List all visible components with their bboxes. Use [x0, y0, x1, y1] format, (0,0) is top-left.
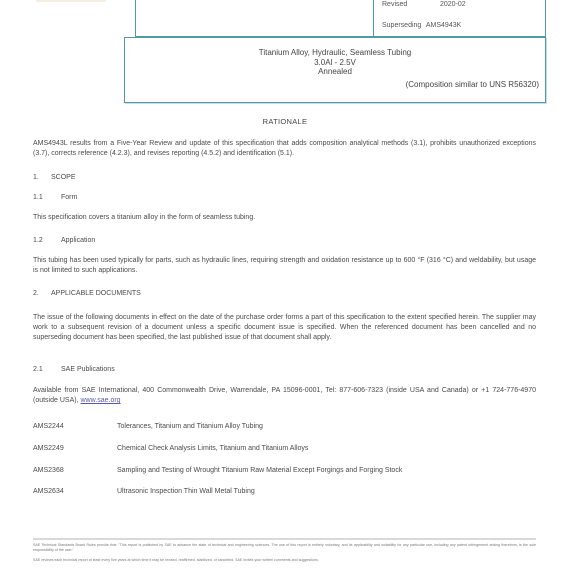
section-number: 1.2 — [33, 237, 61, 244]
section-title: Form — [61, 194, 77, 201]
document-title: Ultrasonic Inspection Thin Wall Metal Tu… — [117, 488, 255, 495]
header-left-cell — [136, 0, 374, 36]
superseding-value: AMS4943K — [426, 22, 461, 29]
title-box: Titanium Alloy, Hydraulic, Seamless Tubi… — [124, 37, 546, 103]
footer-disclaimer: SAE Technical Standards Board Rules prov… — [33, 543, 536, 552]
document-row: AMS2249Chemical Check Analysis Limits, T… — [33, 445, 308, 452]
sae-website-link[interactable]: www.sae.org — [80, 397, 120, 404]
superseding-row: Superseding AMS4943K — [382, 22, 461, 29]
sae-publications-text: Available from SAE International, 400 Co… — [33, 386, 536, 406]
document-title: Tolerances, Titanium and Titanium Alloy … — [117, 423, 263, 430]
rationale-heading: RATIONALE — [0, 117, 570, 126]
title-line-1: Titanium Alloy, Hydraulic, Seamless Tubi… — [125, 48, 545, 57]
revised-row: Revised 2020-02 — [382, 1, 466, 8]
sae-logo — [36, 0, 106, 2]
section-title: Application — [61, 237, 95, 244]
document-title: Sampling and Testing of Wrought Titanium… — [117, 467, 402, 474]
composition-note: (Composition similar to UNS R56320) — [406, 80, 539, 89]
application-text: This tubing has been used typically for … — [33, 256, 536, 276]
section-sae-publications-heading: 2.1SAE Publications — [33, 366, 115, 373]
document-row: AMS2368Sampling and Testing of Wrought T… — [33, 467, 402, 474]
section-title: SCOPE — [51, 174, 76, 181]
title-line-3: Annealed — [125, 67, 545, 76]
section-title: APPLICABLE DOCUMENTS — [51, 290, 141, 297]
document-id: AMS2244 — [33, 423, 117, 430]
section-form-heading: 1.1Form — [33, 194, 77, 201]
header-meta: Revised 2020-02 Superseding AMS4943K — [376, 0, 545, 36]
revised-label: Revised — [382, 1, 438, 8]
document-row: AMS2634Ultrasonic Inspection Thin Wall M… — [33, 488, 255, 495]
section-number: 1.1 — [33, 194, 61, 201]
document-page: Revised 2020-02 Superseding AMS4943K Tit… — [0, 0, 570, 570]
section-scope-heading: 1.SCOPE — [33, 174, 76, 181]
title-line-2: 3.0Al - 2.5V — [125, 58, 545, 67]
section-number: 1. — [33, 174, 51, 181]
superseding-label: Superseding — [382, 22, 421, 29]
section-title: SAE Publications — [61, 366, 115, 373]
form-text: This specification covers a titanium all… — [33, 213, 536, 223]
document-title: Chemical Check Analysis Limits, Titanium… — [117, 445, 308, 452]
section-number: 2. — [33, 290, 51, 297]
revised-value: 2020-02 — [440, 1, 466, 8]
footer-review-note: SAE reviews each technical report at lea… — [33, 558, 536, 563]
section-applicable-documents-heading: 2.APPLICABLE DOCUMENTS — [33, 290, 141, 297]
header-box: Revised 2020-02 Superseding AMS4943K — [135, 0, 546, 37]
document-row: AMS2244Tolerances, Titanium and Titanium… — [33, 423, 263, 430]
document-id: AMS2368 — [33, 467, 117, 474]
applicable-documents-text: The issue of the following documents in … — [33, 313, 536, 343]
document-id: AMS2249 — [33, 445, 117, 452]
document-id: AMS2634 — [33, 488, 117, 495]
footer-divider — [33, 538, 536, 540]
section-number: 2.1 — [33, 366, 61, 373]
rationale-text: AMS4943L results from a Five-Year Review… — [33, 139, 536, 159]
section-application-heading: 1.2Application — [33, 237, 95, 244]
